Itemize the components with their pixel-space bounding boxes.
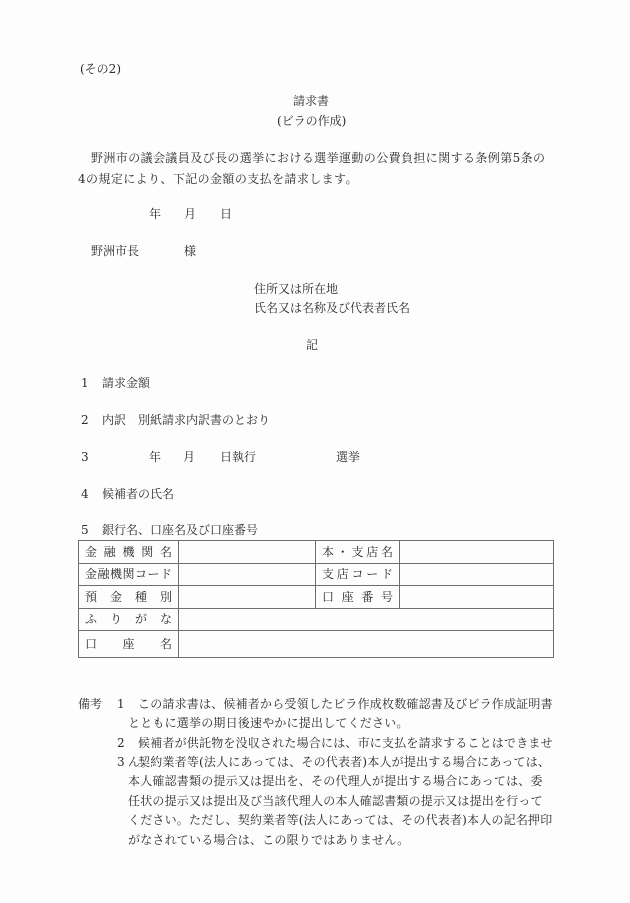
deposit-type-field[interactable] <box>179 586 316 609</box>
election-month-label: 月 <box>183 451 195 463</box>
addressee-name: 野洲市長 <box>91 245 139 257</box>
intro-paragraph: 野洲市の議会議員及び長の選挙における選挙運動の公費負担に関する条例第5条の4の規… <box>78 148 552 190</box>
note-heading: 記 <box>306 339 318 351</box>
item-label: 請求金額 <box>102 377 150 389</box>
remark-item-3: 3 契約業者等(法人にあっては、その代表者)本人が提出する場合にあっては、本人確… <box>117 753 553 850</box>
deposit-type-label: 預金種別 <box>79 586 179 609</box>
table-row: 金融機関コード 支店コード <box>79 563 554 586</box>
account-name-field[interactable] <box>179 631 554 658</box>
table-row: 口座名 <box>79 631 554 658</box>
table-row: 金融機関名 本・支店名 <box>79 541 554 564</box>
branch-name-label: 本・支店名 <box>316 541 400 564</box>
item-label: 候補者の氏名 <box>102 488 174 500</box>
remarks-heading: 備考 <box>78 698 102 710</box>
document-title: 請求書 <box>293 95 329 107</box>
branch-code-label: 支店コード <box>316 563 400 586</box>
document-subtitle: (ビラの作成) <box>277 115 346 127</box>
remark-text: この請求書は、候補者から受領したビラ作成枚数確認書及びビラ作成証明書とともに選挙… <box>117 695 553 734</box>
addressee-honorific: 様 <box>184 245 196 257</box>
account-name-label: 口座名 <box>79 631 179 658</box>
date-year-label: 年 <box>149 208 161 220</box>
branch-code-field[interactable] <box>400 563 554 586</box>
table-row: 預金種別 口座番号 <box>79 586 554 609</box>
remark-text: 契約業者等(法人にあっては、その代表者)本人が提出する場合にあっては、本人確認書… <box>117 753 553 850</box>
account-number-field[interactable] <box>400 586 554 609</box>
bank-account-table: 金融機関名 本・支店名 金融機関コード 支店コード 預金種別 口座番号 ふりがな… <box>78 540 554 658</box>
bank-name-label: 金融機関名 <box>79 541 179 564</box>
furigana-field[interactable] <box>179 608 554 631</box>
item-number: 5 <box>81 524 89 536</box>
remark-number: 2 <box>117 734 125 753</box>
branch-name-field[interactable] <box>400 541 554 564</box>
claimant-address-label: 住所又は所在地 <box>254 283 338 295</box>
bank-name-field[interactable] <box>179 541 316 564</box>
bank-code-field[interactable] <box>179 563 316 586</box>
form-number: (その2) <box>80 63 121 75</box>
item-number: 1 <box>81 377 89 389</box>
item-number: 4 <box>81 488 89 500</box>
bank-code-label: 金融機関コード <box>79 563 179 586</box>
election-year-label: 年 <box>149 451 161 463</box>
item-label: 内訳 <box>102 414 126 426</box>
furigana-label: ふりがな <box>79 608 179 631</box>
item-number: 2 <box>81 414 89 426</box>
date-day-label: 日 <box>220 208 232 220</box>
remark-number: 1 <box>117 695 125 714</box>
remark-item-1: 1 この請求書は、候補者から受領したビラ作成枚数確認書及びビラ作成証明書とともに… <box>117 695 553 734</box>
item-number: 3 <box>81 451 89 463</box>
date-month-label: 月 <box>184 208 196 220</box>
claimant-name-label: 氏名又は名称及び代表者氏名 <box>254 302 410 314</box>
item-detail: 別紙請求内訳書のとおり <box>138 414 270 426</box>
remark-number: 3 <box>117 753 125 772</box>
election-label: 選挙 <box>336 451 360 463</box>
election-day-label: 日執行 <box>220 451 256 463</box>
item-label: 銀行名、口座名及び口座番号 <box>102 524 258 536</box>
account-number-label: 口座番号 <box>316 586 400 609</box>
table-row: ふりがな <box>79 608 554 631</box>
